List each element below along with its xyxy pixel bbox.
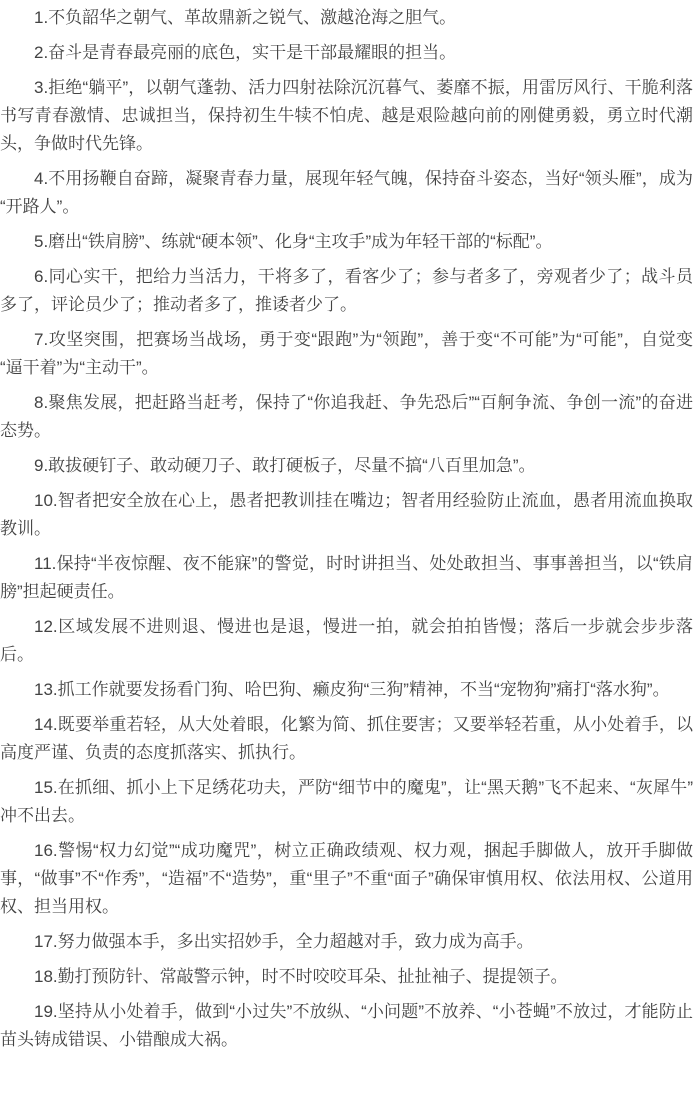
document-body: 1.不负韶华之朝气、革故鼎新之锐气、激越沧海之胆气。 2.奋斗是青春最亮丽的底色…: [0, 0, 693, 1054]
paragraph-19: 19.坚持从小处着手，做到“小过失”不放纵、“小问题”不放养、“小苍蝇”不放过，…: [0, 998, 693, 1054]
paragraph-3: 3.拒绝“躺平”，以朝气蓬勃、活力四射祛除沉沉暮气、萎靡不振，用雷厉风行、干脆利…: [0, 74, 693, 158]
paragraph-12: 12.区域发展不进则退、慢进也是退，慢进一拍，就会拍拍皆慢；落后一步就会步步落后…: [0, 613, 693, 669]
paragraph-13: 13.抓工作就要发扬看门狗、哈巴狗、癞皮狗“三狗”精神，不当“宠物狗”痛打“落水…: [0, 676, 693, 704]
paragraph-11: 11.保持“半夜惊醒、夜不能寐”的警觉，时时讲担当、处处敢担当、事事善担当，以“…: [0, 550, 693, 606]
paragraph-17: 17.努力做强本手，多出实招妙手，全力超越对手，致力成为高手。: [0, 928, 693, 956]
paragraph-16: 16.警惕“权力幻觉”“成功魔咒”，树立正确政绩观、权力观，捆起手脚做人，放开手…: [0, 837, 693, 921]
paragraph-18: 18.勤打预防针、常敲警示钟，时不时咬咬耳朵、扯扯袖子、提提领子。: [0, 963, 693, 991]
paragraph-15: 15.在抓细、抓小上下足绣花功夫，严防“细节中的魔鬼”，让“黑天鹅”飞不起来、“…: [0, 774, 693, 830]
paragraph-1: 1.不负韶华之朝气、革故鼎新之锐气、激越沧海之胆气。: [0, 4, 693, 32]
paragraph-7: 7.攻坚突围，把赛场当战场，勇于变“跟跑”为“领跑”，善于变“不可能”为“可能”…: [0, 326, 693, 382]
paragraph-9: 9.敢拔硬钉子、敢动硬刀子、敢打硬板子，尽量不搞“八百里加急”。: [0, 452, 693, 480]
paragraph-8: 8.聚焦发展，把赶路当赶考，保持了“你追我赶、争先恐后”“百舸争流、争创一流”的…: [0, 389, 693, 445]
paragraph-4: 4.不用扬鞭自奋蹄，凝聚青春力量，展现年轻气魄，保持奋斗姿态，当好“领头雁”，成…: [0, 165, 693, 221]
paragraph-5: 5.磨出“铁肩膀”、练就“硬本领”、化身“主攻手”成为年轻干部的“标配”。: [0, 228, 693, 256]
paragraph-14: 14.既要举重若轻，从大处着眼，化繁为简、抓住要害；又要举轻若重，从小处着手，以…: [0, 711, 693, 767]
paragraph-6: 6.同心实干，把给力当活力，干将多了，看客少了；参与者多了，旁观者少了；战斗员多…: [0, 263, 693, 319]
paragraph-10: 10.智者把安全放在心上，愚者把教训挂在嘴边；智者用经验防止流血，愚者用流血换取…: [0, 487, 693, 543]
paragraph-2: 2.奋斗是青春最亮丽的底色，实干是干部最耀眼的担当。: [0, 39, 693, 67]
